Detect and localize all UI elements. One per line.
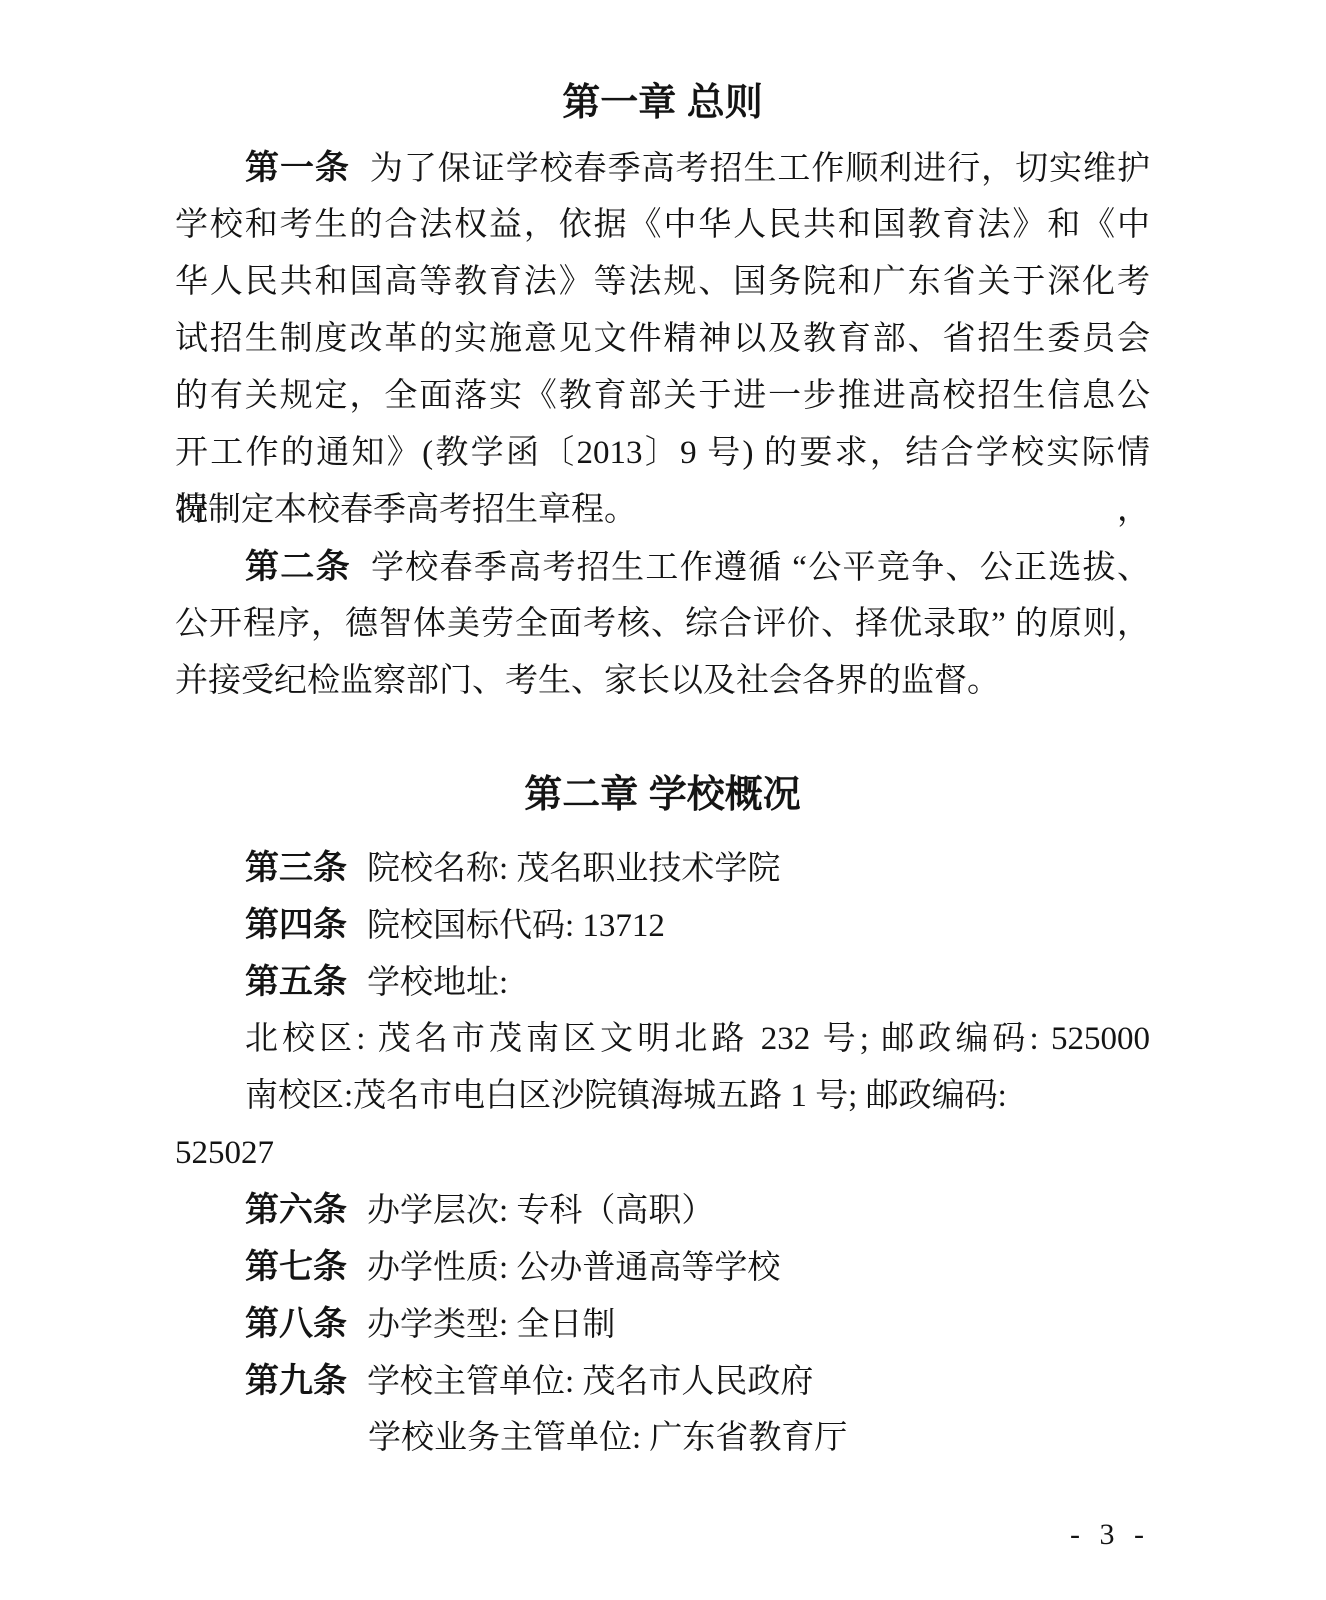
body-line: 第一条为了保证学校春季高考招生工作顺利进行，切实维护 <box>245 140 1150 197</box>
article-label: 第五条 <box>245 963 347 1001</box>
line-text: 学校主管单位: 茂名市人民政府 <box>367 1364 813 1400</box>
article-label: 第三条 <box>245 849 347 887</box>
line-text: 办学性质: 公办普通高等学校 <box>367 1250 780 1286</box>
line-text: 院校国标代码: 13712 <box>367 908 665 944</box>
line-text: 并接受纪检监察部门、考生、家长以及社会各界的监督。 <box>175 663 1000 699</box>
article-label: 第四条 <box>245 906 347 944</box>
line-text: 南校区:茂名市电白区沙院镇海城五路 1 号; 邮政编码: <box>245 1078 1007 1114</box>
body-line: 试招生制度改革的实施意见文件精神以及教育部、省招生委员会 <box>175 311 1150 368</box>
line-text: 公开程序，德智体美劳全面考核、综合评价、择优录取” 的原则， <box>175 606 1150 642</box>
article-label: 第八条 <box>245 1305 347 1343</box>
body-line: 第七条办学性质: 公办普通高等学校 <box>245 1239 1150 1296</box>
article-label: 第二条 <box>245 548 351 586</box>
body-line: 第四条院校国标代码: 13712 <box>245 897 1150 954</box>
chapter-heading: 第一章 总则 <box>175 75 1150 132</box>
line-text: 北校区: 茂名市茂南区文明北路 232 号; 邮政编码: 525000 <box>245 1021 1150 1057</box>
body-line: 第五条学校地址: <box>245 954 1150 1011</box>
body-line: 并接受纪检监察部门、考生、家长以及社会各界的监督。 <box>175 653 1150 710</box>
line-text: 试招生制度改革的实施意见文件精神以及教育部、省招生委员会 <box>175 321 1150 357</box>
line-text: 办学层次: 专科（高职） <box>367 1193 714 1229</box>
article-label: 第七条 <box>245 1248 347 1286</box>
line-text: 办学类型: 全日制 <box>367 1307 615 1343</box>
document-page: 第一章 总则第一条为了保证学校春季高考招生工作顺利进行，切实维护学校和考生的合法… <box>0 0 1326 1600</box>
article-label: 第九条 <box>245 1362 347 1400</box>
line-text: 特制定本校春季高考招生章程。 <box>175 492 637 528</box>
line-text: 的有关规定，全面落实《教育部关于进一步推进高校招生信息公 <box>175 378 1150 414</box>
document-content: 第一章 总则第一条为了保证学校春季高考招生工作顺利进行，切实维护学校和考生的合法… <box>175 75 1150 1467</box>
body-line: 公开程序，德智体美劳全面考核、综合评价、择优录取” 的原则， <box>175 596 1150 653</box>
body-line: 华人民共和国高等教育法》等法规、国务院和广东省关于深化考 <box>175 254 1150 311</box>
body-line: 第八条办学类型: 全日制 <box>245 1296 1150 1353</box>
body-line: 的有关规定，全面落实《教育部关于进一步推进高校招生信息公 <box>175 368 1150 425</box>
body-line: 开工作的通知》(教学函〔2013〕9 号) 的要求，结合学校实际情况， <box>175 425 1150 482</box>
body-line: 第九条学校主管单位: 茂名市人民政府 <box>245 1353 1150 1410</box>
line-text: 学校地址: <box>367 965 508 1001</box>
body-line: 第三条院校名称: 茂名职业技术学院 <box>245 840 1150 897</box>
page-number: - 3 - <box>1070 1518 1150 1552</box>
line-text: 院校名称: 茂名职业技术学院 <box>367 851 780 887</box>
body-line: 学校业务主管单位: 广东省教育厅 <box>368 1410 1150 1467</box>
article-label: 第六条 <box>245 1191 347 1229</box>
body-line: 北校区: 茂名市茂南区文明北路 232 号; 邮政编码: 525000 <box>245 1011 1150 1068</box>
body-line: 525027 <box>175 1125 1150 1182</box>
body-line: 第二条学校春季高考招生工作遵循 “公平竞争、公正选拔、 <box>245 539 1150 596</box>
body-line: 学校和考生的合法权益，依据《中华人民共和国教育法》和《中 <box>175 197 1150 254</box>
body-line: 南校区:茂名市电白区沙院镇海城五路 1 号; 邮政编码: <box>245 1068 1150 1125</box>
chapter-heading: 第二章 学校概况 <box>175 767 1150 824</box>
article-label: 第一条 <box>245 149 350 187</box>
line-text: 华人民共和国高等教育法》等法规、国务院和广东省关于深化考 <box>175 264 1150 300</box>
line-text: 学校和考生的合法权益，依据《中华人民共和国教育法》和《中 <box>175 207 1150 243</box>
line-text: 学校春季高考招生工作遵循 “公平竞争、公正选拔、 <box>371 550 1150 586</box>
line-text: 为了保证学校春季高考招生工作顺利进行，切实维护 <box>370 151 1150 187</box>
line-text: 学校业务主管单位: 广东省教育厅 <box>368 1420 847 1456</box>
line-text: 525027 <box>175 1135 274 1171</box>
body-line: 第六条办学层次: 专科（高职） <box>245 1182 1150 1239</box>
